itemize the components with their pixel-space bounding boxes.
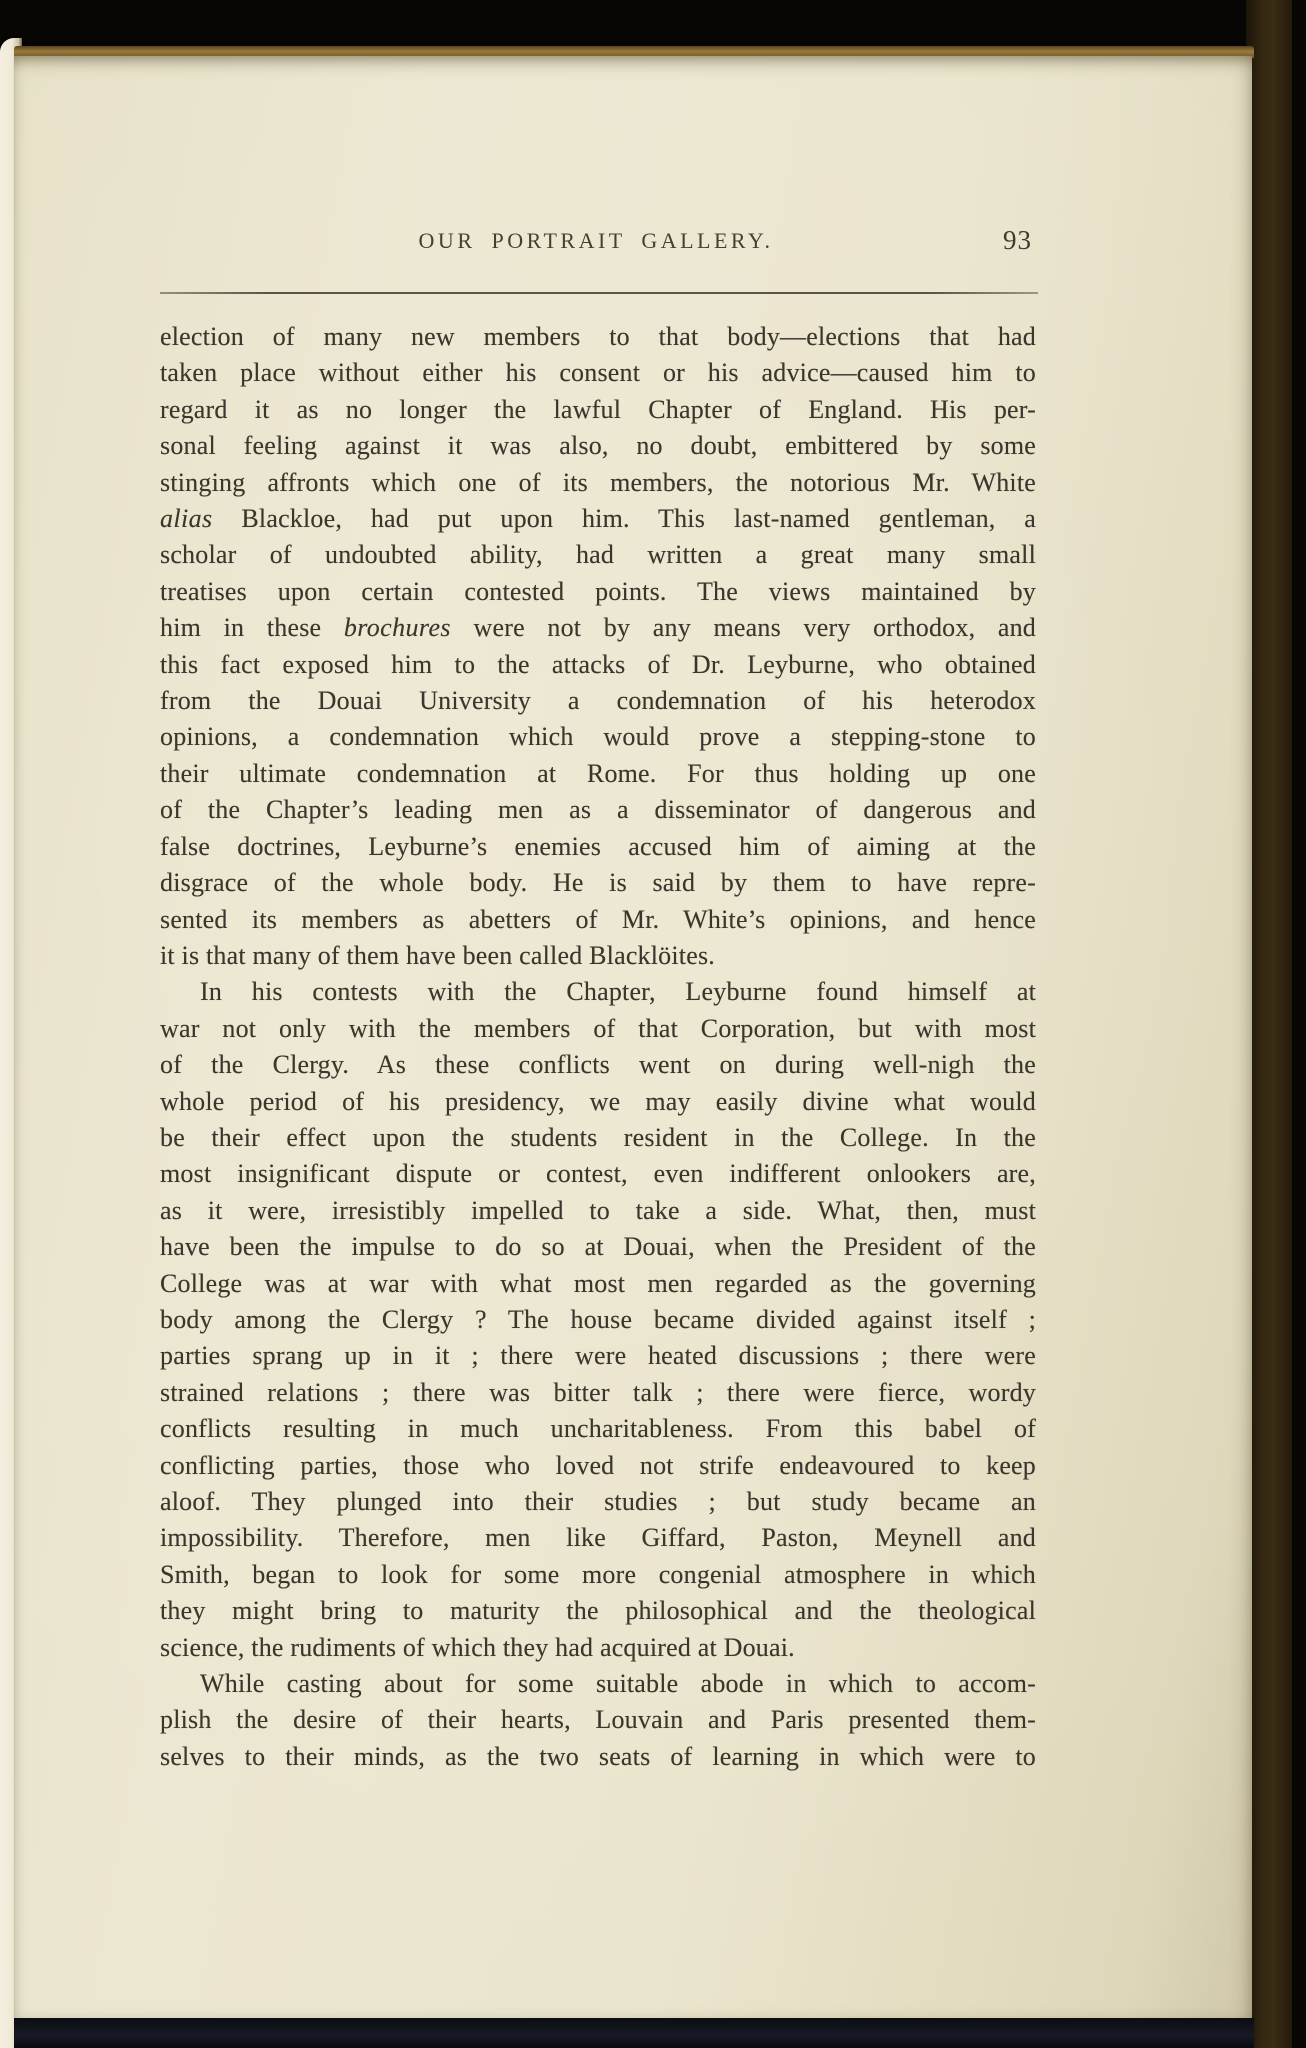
text-line: be their effect upon the students reside… — [160, 1120, 1036, 1156]
text-line: parties sprang up in it ; there were hea… — [160, 1338, 1036, 1374]
text-line: plish the desire of their hearts, Louvai… — [160, 1702, 1036, 1738]
scanned-book-photo: OUR PORTRAIT GALLERY. 93 election of man… — [0, 0, 1306, 2048]
text-line: sonal feeling against it was also, no do… — [160, 428, 1036, 464]
text-line: College was at war with what most men re… — [160, 1266, 1036, 1302]
text-line: from the Douai University a condemnation… — [160, 683, 1036, 719]
body-text: election of many new members to that bod… — [160, 319, 1036, 1775]
text-line: their ultimate condemnation at Rome. For… — [160, 756, 1036, 792]
text-line: this fact exposed him to the attacks of … — [160, 647, 1036, 683]
page-title: OUR PORTRAIT GALLERY. — [419, 228, 774, 253]
text-line: war not only with the members of that Co… — [160, 1011, 1036, 1047]
text-line: of the Chapter’s leading men as a dissem… — [160, 792, 1036, 828]
page-number: 93 — [1003, 225, 1032, 256]
text-line: election of many new members to that bod… — [160, 319, 1036, 355]
text-line: alias Blackloe, had put upon him. This l… — [160, 501, 1036, 537]
book-page: OUR PORTRAIT GALLERY. 93 election of man… — [14, 56, 1252, 2018]
text-line: science, the rudiments of which they had… — [160, 1630, 1036, 1666]
text-line: as it were, irresistibly impelled to tak… — [160, 1193, 1036, 1229]
text-line: whole period of his presidency, we may e… — [160, 1084, 1036, 1120]
text-line: impossibility. Therefore, men like Giffa… — [160, 1520, 1036, 1556]
text-line: most insignificant dispute or contest, e… — [160, 1156, 1036, 1192]
text-line: treatises upon certain contested points.… — [160, 574, 1036, 610]
text-line: of the Clergy. As these conflicts went o… — [160, 1047, 1036, 1083]
book-cover-edge — [1246, 0, 1292, 2048]
text-line: While casting about for some suitable ab… — [160, 1666, 1036, 1702]
text-line: aloof. They plunged into their studies ;… — [160, 1484, 1036, 1520]
text-line: scholar of undoubted ability, had writte… — [160, 537, 1036, 573]
text-line: him in these brochures were not by any m… — [160, 610, 1036, 646]
text-line: selves to their minds, as the two seats … — [160, 1739, 1036, 1775]
text-line: it is that many of them have been called… — [160, 938, 1036, 974]
text-line: Smith, began to look for some more conge… — [160, 1557, 1036, 1593]
text-line: In his contests with the Chapter, Leybur… — [160, 974, 1036, 1010]
running-header: OUR PORTRAIT GALLERY. 93 — [158, 228, 1034, 258]
text-line: stinging affronts which one of its membe… — [160, 465, 1036, 501]
text-line: conflicting parties, those who loved not… — [160, 1448, 1036, 1484]
text-line: sented its members as abetters of Mr. Wh… — [160, 902, 1036, 938]
text-line: disgrace of the whole body. He is said b… — [160, 865, 1036, 901]
text-line: conflicts resulting in much uncharitable… — [160, 1411, 1036, 1447]
text-line: have been the impulse to do so at Douai,… — [160, 1229, 1036, 1265]
text-line: regard it as no longer the lawful Chapte… — [160, 392, 1036, 428]
header-rule — [160, 292, 1038, 294]
text-line: opinions, a condemnation which would pro… — [160, 719, 1036, 755]
bottom-page-edges — [14, 2018, 1254, 2048]
text-line: false doctrines, Leyburne’s enemies accu… — [160, 829, 1036, 865]
text-line: taken place without either his consent o… — [160, 355, 1036, 391]
text-line: strained relations ; there was bitter ta… — [160, 1375, 1036, 1411]
text-line: body among the Clergy ? The house became… — [160, 1302, 1036, 1338]
text-line: they might bring to maturity the philoso… — [160, 1593, 1036, 1629]
